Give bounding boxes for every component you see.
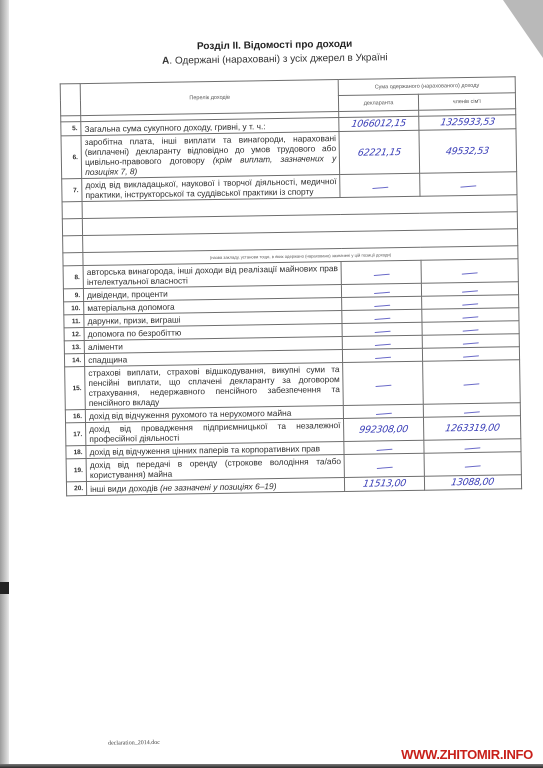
header-declarant: декларанта bbox=[339, 94, 419, 111]
declarant-amount[interactable]: 62221,15 bbox=[339, 130, 419, 174]
declarant-amount[interactable] bbox=[343, 348, 423, 362]
row-number: 18. bbox=[66, 446, 86, 459]
dash-mark bbox=[463, 383, 479, 385]
family-amount[interactable] bbox=[419, 172, 517, 197]
declarant-amount[interactable] bbox=[344, 404, 424, 418]
declarant-amount[interactable] bbox=[344, 453, 424, 477]
declarant-amount[interactable] bbox=[342, 322, 422, 336]
row-number: 12. bbox=[64, 328, 84, 341]
declarant-amount[interactable]: 1066012,15 bbox=[339, 116, 419, 131]
declarant-amount[interactable] bbox=[342, 296, 422, 310]
dash-mark bbox=[463, 355, 479, 357]
row-description: інші види доходів (не зазначені у позиці… bbox=[87, 477, 345, 495]
scan-left-edge bbox=[0, 0, 9, 768]
row-number: 17. bbox=[66, 423, 86, 446]
dash-mark bbox=[374, 331, 390, 333]
dash-mark bbox=[374, 344, 390, 346]
dash-mark bbox=[372, 187, 388, 189]
dash-mark bbox=[465, 465, 481, 467]
header-income-list: Перелік доходів bbox=[80, 80, 339, 116]
table-row: 15.страхові виплати, страхові відшкодува… bbox=[65, 360, 521, 410]
row-number: 9. bbox=[63, 289, 83, 302]
row-number: 6. bbox=[61, 136, 82, 179]
header-family: членів сім'ї bbox=[418, 93, 516, 111]
dash-mark bbox=[375, 357, 391, 359]
row-number: 11. bbox=[64, 315, 84, 328]
scan-bottom-edge bbox=[0, 764, 543, 768]
family-amount[interactable]: 13088,00 bbox=[424, 475, 522, 491]
dash-mark bbox=[464, 447, 480, 449]
family-amount[interactable]: 1263319,00 bbox=[423, 416, 521, 441]
dash-mark bbox=[462, 303, 478, 305]
subsection-letter: А bbox=[162, 56, 169, 67]
family-amount[interactable] bbox=[422, 360, 520, 405]
header-num bbox=[60, 84, 81, 116]
family-amount[interactable] bbox=[421, 259, 519, 284]
site-watermark: WWW.ZHITOMIR.INFO bbox=[401, 747, 533, 762]
family-amount[interactable]: 1325933,53 bbox=[418, 115, 516, 131]
dash-mark bbox=[463, 342, 479, 344]
dash-mark bbox=[464, 411, 480, 413]
declarant-amount[interactable]: 11513,00 bbox=[345, 476, 425, 491]
row-number: 14. bbox=[64, 354, 84, 367]
declarant-amount[interactable] bbox=[344, 440, 424, 454]
dash-mark bbox=[462, 272, 478, 274]
row-description: страхові виплати, страхові відшкодування… bbox=[85, 362, 344, 409]
dash-mark bbox=[374, 305, 390, 307]
binder-clip bbox=[0, 582, 9, 594]
income-table: Перелік доходів Сума одержаного (нарахов… bbox=[60, 76, 522, 496]
row-number: 20. bbox=[66, 482, 86, 496]
dash-mark bbox=[462, 329, 478, 331]
row-description: заробітна плата, інші виплати та винагор… bbox=[81, 132, 340, 179]
dash-mark bbox=[375, 413, 391, 415]
document-page: Розділ ІІ. Відомості про доходи А. Одерж… bbox=[8, 0, 543, 768]
row-number: 16. bbox=[65, 410, 85, 423]
declarant-amount[interactable] bbox=[341, 260, 421, 284]
row-note: (не зазначені у позиціях 6–19) bbox=[160, 481, 276, 493]
dash-mark bbox=[374, 318, 390, 320]
subsection-text: Одержані (нараховані) з усіх джерел в Ук… bbox=[175, 52, 388, 66]
dash-mark bbox=[460, 185, 476, 187]
dash-mark bbox=[373, 274, 389, 276]
declarant-amount[interactable] bbox=[342, 283, 422, 297]
row-number: 8. bbox=[63, 266, 83, 289]
dash-mark bbox=[376, 467, 392, 469]
family-amount[interactable] bbox=[424, 452, 522, 477]
declarant-amount[interactable] bbox=[343, 335, 423, 349]
row-number: 7. bbox=[62, 179, 82, 202]
row-number: 5. bbox=[61, 122, 81, 136]
dash-mark bbox=[376, 449, 392, 451]
declarant-amount[interactable] bbox=[342, 309, 422, 323]
declarant-amount[interactable]: 992308,00 bbox=[344, 417, 424, 441]
row-number: 15. bbox=[65, 367, 86, 410]
dash-mark bbox=[462, 290, 478, 292]
declarant-amount[interactable] bbox=[343, 361, 423, 405]
dash-mark bbox=[462, 316, 478, 318]
row-number: 19. bbox=[66, 459, 86, 482]
row-number: 10. bbox=[64, 302, 84, 315]
document-filename: declaration_2014.doc bbox=[108, 740, 160, 747]
row-number: 13. bbox=[64, 341, 84, 354]
table-row: 6.заробітна плата, інші виплати та винаг… bbox=[61, 129, 517, 179]
family-amount[interactable]: 49532,53 bbox=[419, 129, 517, 174]
declarant-amount[interactable] bbox=[340, 173, 420, 197]
dash-mark bbox=[375, 385, 391, 387]
dash-mark bbox=[374, 292, 390, 294]
